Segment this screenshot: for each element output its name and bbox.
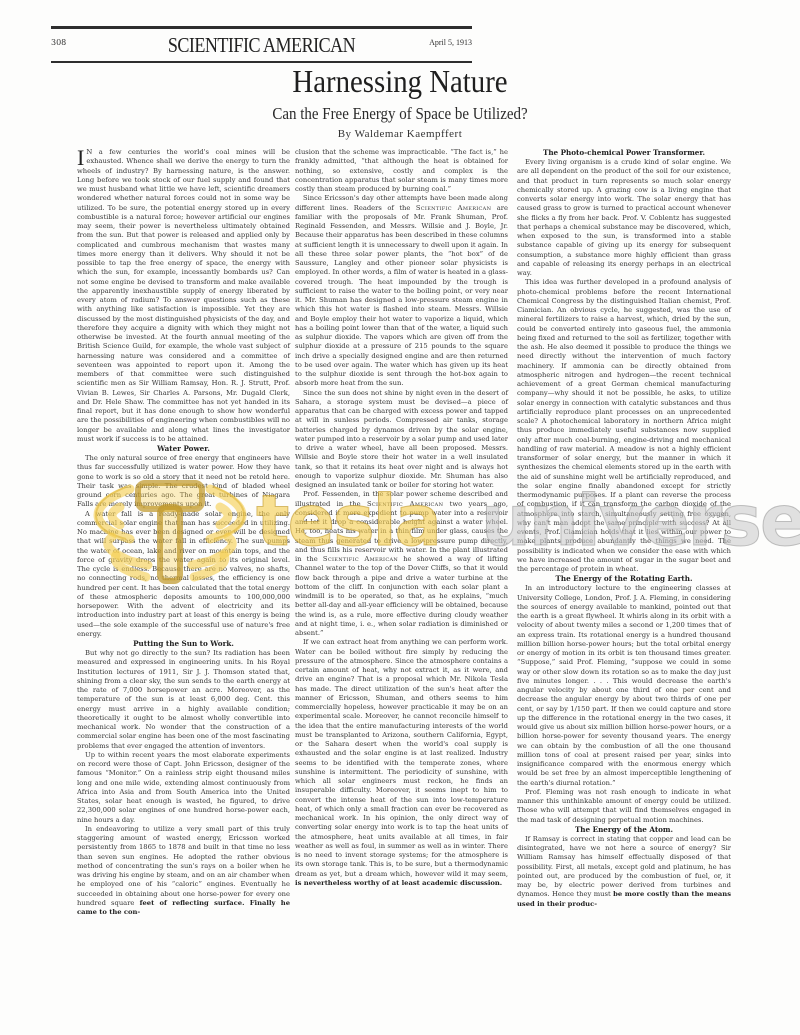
paragraph: Prof. Fessenden, in the solar power sche…	[295, 490, 508, 638]
publication-name: Scientific American	[367, 500, 443, 508]
article-byline: By Waldemar Kaempffert	[0, 128, 800, 140]
publication-name: Scientific American	[323, 555, 398, 563]
issue-date: April 5, 1913	[429, 38, 472, 47]
paragraph: Up to within recent years the most elabo…	[77, 751, 290, 825]
text-column-2: clusion that the scheme was impracticabl…	[295, 148, 508, 888]
article-subtitle: Can the Free Energy of Space be Utilized…	[48, 104, 752, 124]
magazine-page: 308 SCIENTIFIC AMERICAN April 5, 1913 Ha…	[0, 0, 800, 1035]
paragraph: If we can extract heat from anything we …	[295, 638, 508, 888]
text-column-1: IN a few centuries the world's coal mine…	[77, 148, 290, 917]
section-heading: Putting the Sun to Work.	[77, 639, 290, 649]
paragraph: The only natural source of free energy t…	[77, 454, 290, 510]
publication-name: Scientific American	[416, 204, 491, 212]
text-column-3: The Photo-chemical Power Transformer. Ev…	[517, 148, 731, 909]
paragraph: clusion that the scheme was impracticabl…	[295, 148, 508, 194]
section-heading: Water Power.	[77, 444, 290, 454]
paragraph: This idea was further developed in a pro…	[517, 278, 731, 574]
paragraph: If Ramsay is correct in stating that cop…	[517, 835, 731, 909]
section-heading: The Energy of the Atom.	[517, 825, 731, 835]
paragraph: In endeavoring to utilize a very small p…	[77, 825, 290, 918]
paragraph: Since the sun does not shine by night ev…	[295, 389, 508, 491]
running-header: 308 SCIENTIFIC AMERICAN April 5, 1913	[51, 26, 472, 63]
paragraph: IN a few centuries the world's coal mine…	[77, 148, 290, 444]
paragraph: Every living organism is a crude kind of…	[517, 158, 731, 278]
paragraph: But why not go directly to the sun? Its …	[77, 649, 290, 751]
article-title: Harnessing Nature	[40, 63, 760, 100]
section-heading: The Photo-chemical Power Transformer.	[517, 148, 731, 158]
drop-cap: I	[77, 149, 84, 166]
masthead: SCIENTIFIC AMERICAN	[80, 33, 442, 58]
paragraph: In an introductory lecture to the engine…	[517, 584, 731, 788]
paragraph: Prof. Fleming was not rash enough to ind…	[517, 788, 731, 825]
page-number: 308	[51, 38, 66, 47]
paragraph: A water fall is a ready-made solar engin…	[77, 510, 290, 640]
paragraph: Since Ericsson's day other attempts have…	[295, 194, 508, 388]
section-heading: The Energy of the Rotating Earth.	[517, 574, 731, 584]
